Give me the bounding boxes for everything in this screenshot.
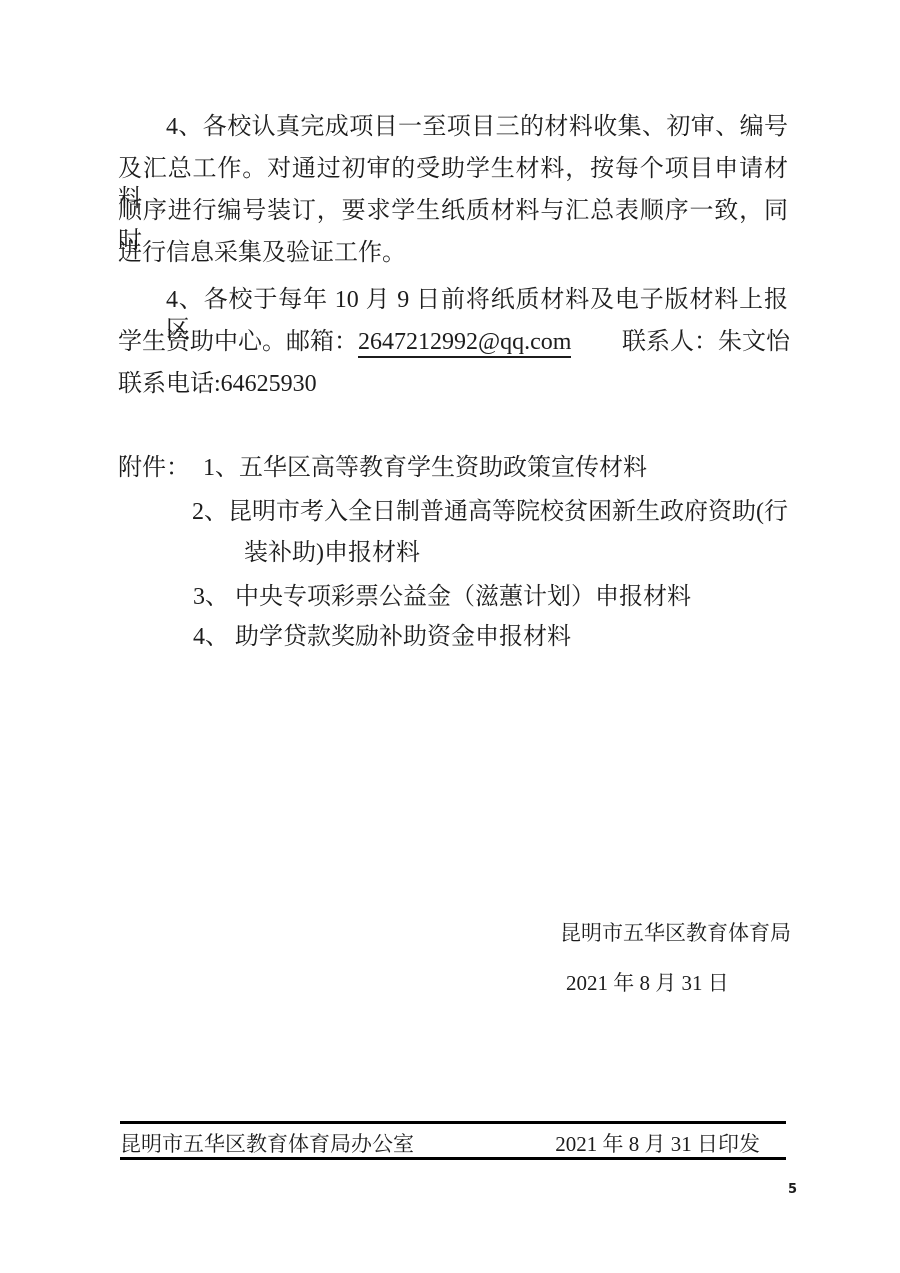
signature-date: 2021 年 8 月 31 日	[566, 968, 729, 998]
footer-print-date: 2021 年 8 月 31 日印发	[555, 1129, 786, 1159]
footer-office: 昆明市五华区教育体育局办公室	[120, 1129, 414, 1159]
attachments-label: 附件：	[118, 453, 190, 483]
attachment-item-2-line2: 装补助)申报材料	[244, 538, 420, 568]
contact-person: 联系人：朱文怡	[622, 327, 790, 357]
para1-line1: 4、各校认真完成项目一至项目三的材料收集、初审、编号	[118, 112, 788, 142]
page-number: 5	[788, 1181, 797, 1199]
footer-row: 昆明市五华区教育体育局办公室 2021 年 8 月 31 日印发	[120, 1129, 786, 1159]
attachment-item-1: 1、五华区高等教育学生资助政策宣传材料	[203, 453, 647, 483]
attachment-item-3: 3、 中央专项彩票公益金（滋蕙计划）申报材料	[193, 582, 691, 612]
document-page: 4、各校认真完成项目一至项目三的材料收集、初审、编号 及汇总工作。对通过初审的受…	[0, 0, 900, 1273]
attachment-item-4: 4、 助学贷款奖励补助资金申报材料	[193, 622, 571, 652]
email-link[interactable]: 2647212992@qq.com	[358, 329, 571, 358]
attachment-item-2-line1: 2、昆明市考入全日制普通高等院校贫困新生政府资助(行	[192, 497, 788, 527]
email-label: 学生资助中心。邮箱：	[118, 329, 358, 355]
signature-organization: 昆明市五华区教育体育局	[560, 918, 791, 948]
footer-rule-bottom	[120, 1157, 786, 1160]
email-line-left: 学生资助中心。邮箱：2647212992@qq.com	[118, 327, 571, 357]
footer-rule-top	[120, 1121, 786, 1124]
contact-phone: 联系电话:64625930	[118, 369, 317, 399]
para2-line2: 学生资助中心。邮箱：2647212992@qq.com 联系人：朱文怡	[118, 327, 790, 357]
para1-line4: 进行信息采集及验证工作。	[118, 238, 406, 268]
